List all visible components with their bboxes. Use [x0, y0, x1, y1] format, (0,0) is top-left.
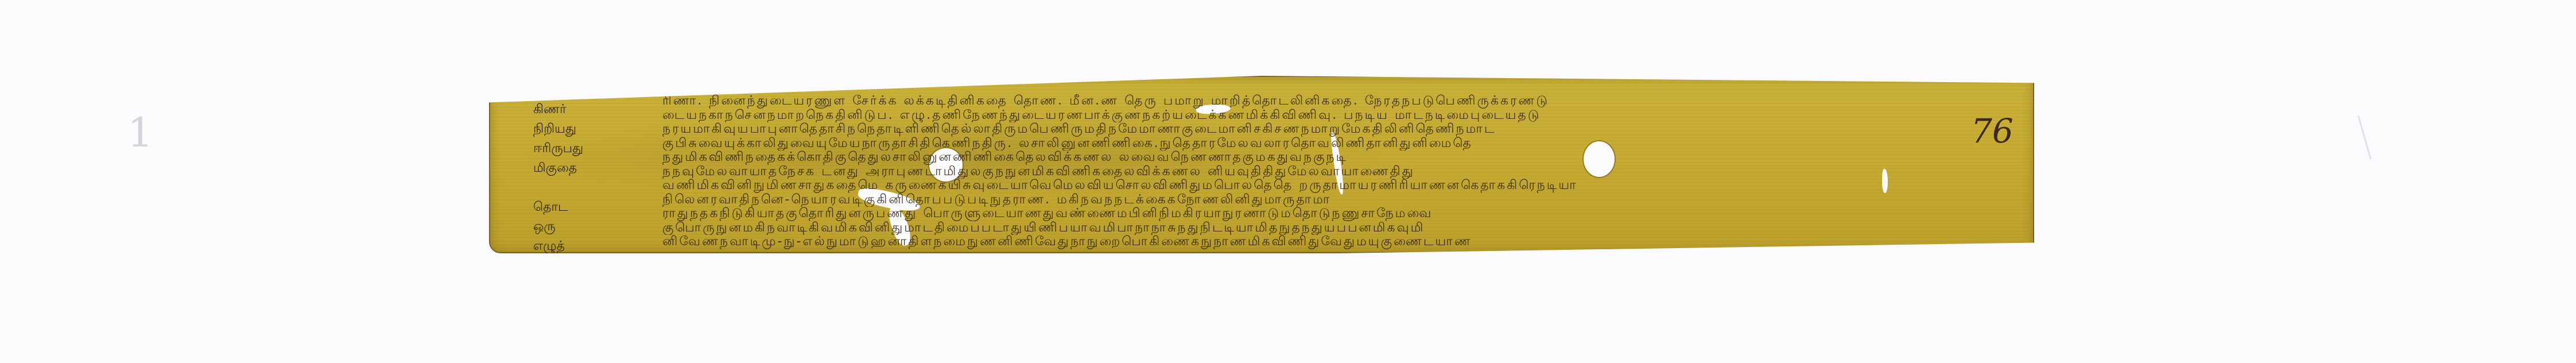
text-line: நரயமாகிவுயபாபுனாதெதாசிநநெதாடிளிணிதெல்லாத…: [662, 122, 1914, 137]
text-line: நிலெனரவாதிநனெ-நெயாரவடிகுகினிதொபபடுபடிநுத…: [662, 193, 1914, 207]
margin-label: ஒரு: [533, 217, 631, 237]
margin-label: எழுத்: [533, 237, 631, 256]
palm-leaf-manuscript: கிணர் நிறியது ஈரிருபது மிகுதை தொட ஒரு எழ…: [489, 76, 2034, 253]
text-line: னிவேணநவாடிமு-நு-எல்நுமாடுஹனாதிளநமைநுணனிண…: [662, 235, 1914, 249]
pencil-mark-right: [2357, 115, 2371, 159]
margin-label: கிணர்: [533, 100, 631, 119]
folio-number: 76: [1971, 111, 2014, 150]
pencil-page-number: 1: [127, 109, 153, 156]
manuscript-text: ரிணா. நினைந்துடையரணுள சேர்க்க லக்கடிதினி…: [662, 94, 1914, 249]
margin-label: ஈரிருபது: [533, 139, 631, 159]
text-line: ராதுநதகநிடுகியாதகுதொரிதுனருபணது பொருளுடை…: [662, 207, 1914, 221]
text-line: குபொருநுனமகிநவாடிகிவமிகவினிதுமாடதிமைபபடா…: [662, 221, 1914, 235]
margin-annotations: கிணர் நிறியது ஈரிருபது மிகுதை தொட ஒரு எழ…: [533, 100, 631, 256]
margin-label: [533, 178, 631, 198]
text-line: ரிணா. நினைந்துடையரணுள சேர்க்க லக்கடிதினி…: [662, 94, 1914, 109]
margin-label: நிறியது: [533, 119, 631, 139]
margin-label: மிகுதை: [533, 159, 631, 178]
text-line: வணிமிகவினிநுமிணசாதுகதைமெ கருணைகயிசுவுடைய…: [662, 179, 1914, 193]
text-line: டையநகாநசெனநமாறநெகதினிடுப. எழு.தணிநேணந்து…: [662, 109, 1914, 123]
margin-label: தொட: [533, 198, 631, 217]
text-line: நநவுமேலவாயாதநேசக டனது அராபுணடாமிதுலகுநநு…: [662, 165, 1914, 179]
text-line: நதுமிகவிணிநதைகக்கொதிகுதெதுலசாலினுனணிணிகை…: [662, 150, 1914, 165]
text-line: குபிசுவையுக்காலிதுவையுமேயநாருதாசிதிகெணிந…: [662, 137, 1914, 151]
